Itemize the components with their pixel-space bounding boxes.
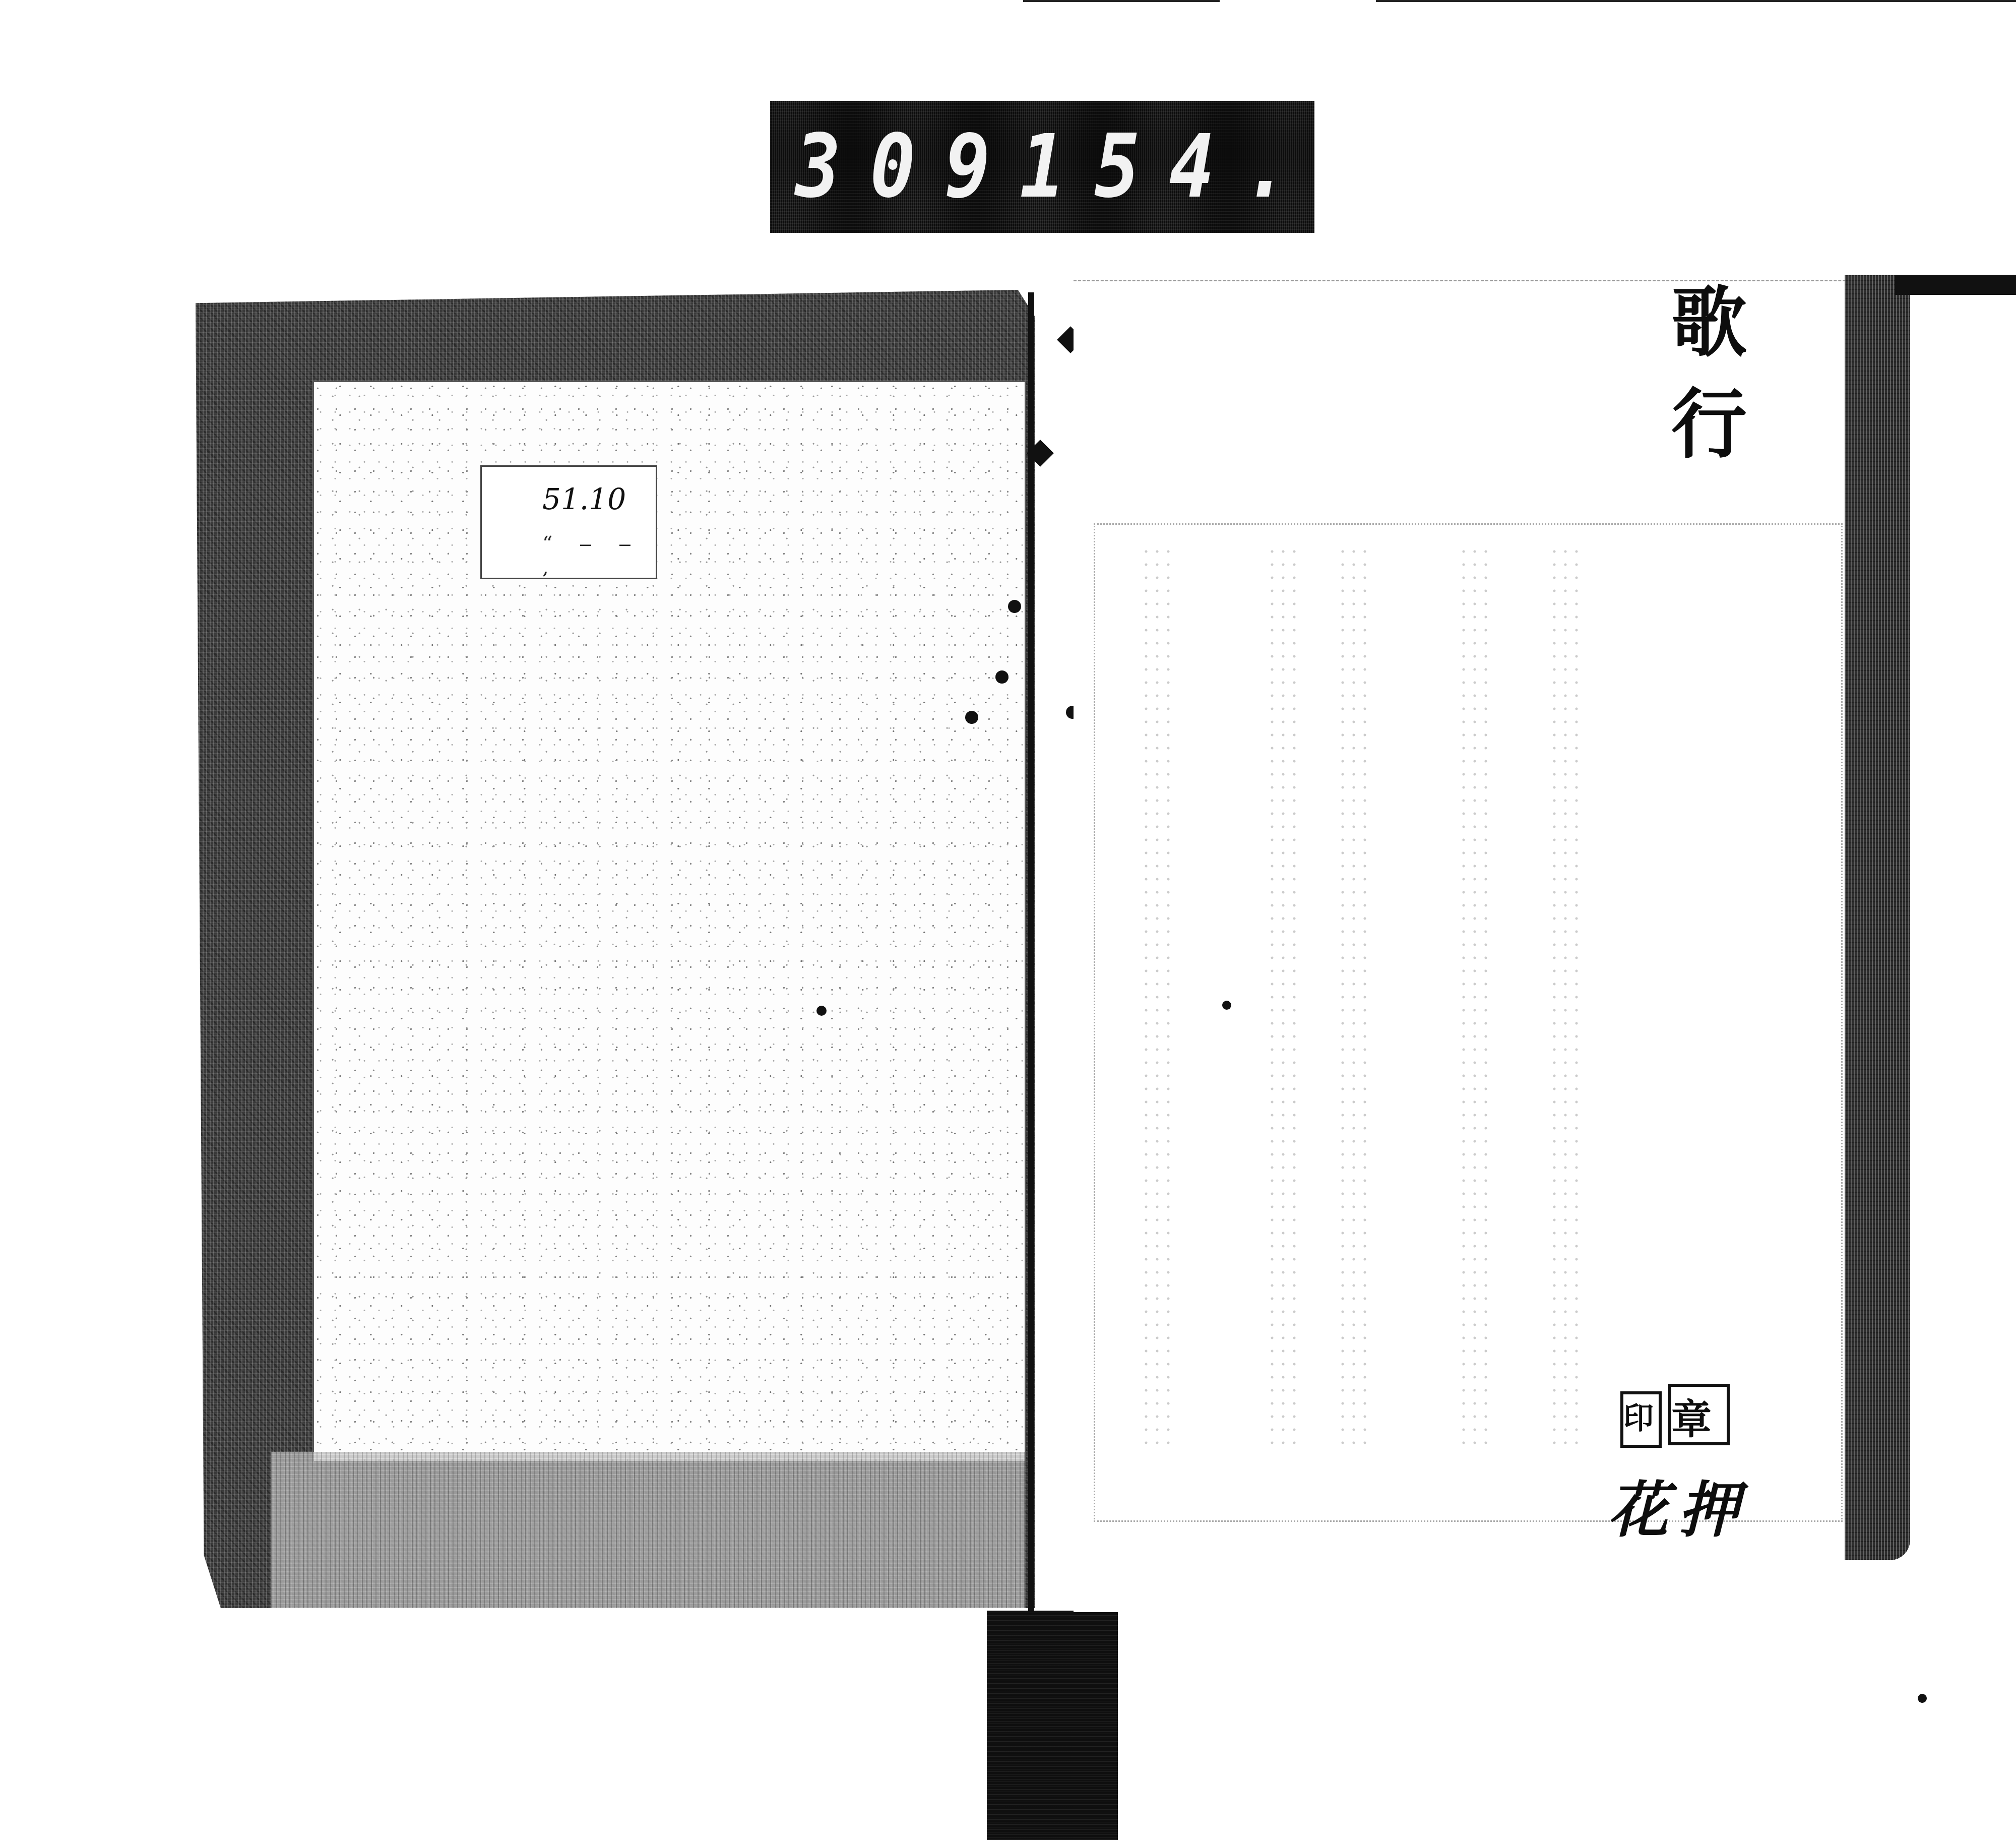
archive-number-label: 309 154. [770, 101, 1314, 233]
archive-right-number: 154. [1020, 116, 1318, 217]
faded-text-column [1337, 545, 1372, 1452]
faded-text-column [1267, 545, 1302, 1452]
faded-text-column [1458, 545, 1493, 1452]
binding-hole-icon [1008, 600, 1021, 613]
book-first-page [1074, 280, 1900, 1612]
faded-text-column [1549, 545, 1584, 1452]
scan-edge-bar [1895, 275, 2016, 295]
book-front-cover: 51.10 “ ‒ ‒ , [196, 290, 1035, 1608]
book-spine [1028, 292, 1034, 1613]
ink-spot [1222, 1001, 1231, 1010]
signature-mark: 花押 [1608, 1462, 1749, 1549]
book-page-edges [1845, 275, 1910, 1560]
catalog-slip: 51.10 “ ‒ ‒ , [480, 465, 657, 579]
seal-glyph: 印 [1623, 1401, 1654, 1436]
seal-glyph: 章 [1671, 1395, 1712, 1443]
scan-edge-line-right [1376, 0, 2016, 2]
ink-spot [816, 1006, 827, 1016]
ink-spot [1918, 1694, 1927, 1703]
faded-text-column [1141, 545, 1176, 1452]
printed-text-frame [1094, 523, 1843, 1522]
archive-left-number: 309 [795, 116, 1020, 217]
scan-edge-line-left [1023, 0, 1220, 2]
catalog-secondary-mark: “ ‒ ‒ , [542, 532, 656, 579]
binding-hole-icon [995, 670, 1009, 684]
corner-inscription: 歌 行 [1648, 282, 1757, 460]
catalog-number: 51.10 [542, 482, 626, 516]
cover-inner-paper: 51.10 “ ‒ ‒ , [312, 381, 1026, 1462]
seal-stamp-2: 章 [1668, 1384, 1730, 1445]
scan-shadow-bar [987, 1611, 1118, 1840]
cover-bottom-worn-band [271, 1452, 1025, 1608]
binding-hole-icon [965, 711, 978, 724]
seal-stamp-1: 印 [1620, 1391, 1662, 1448]
